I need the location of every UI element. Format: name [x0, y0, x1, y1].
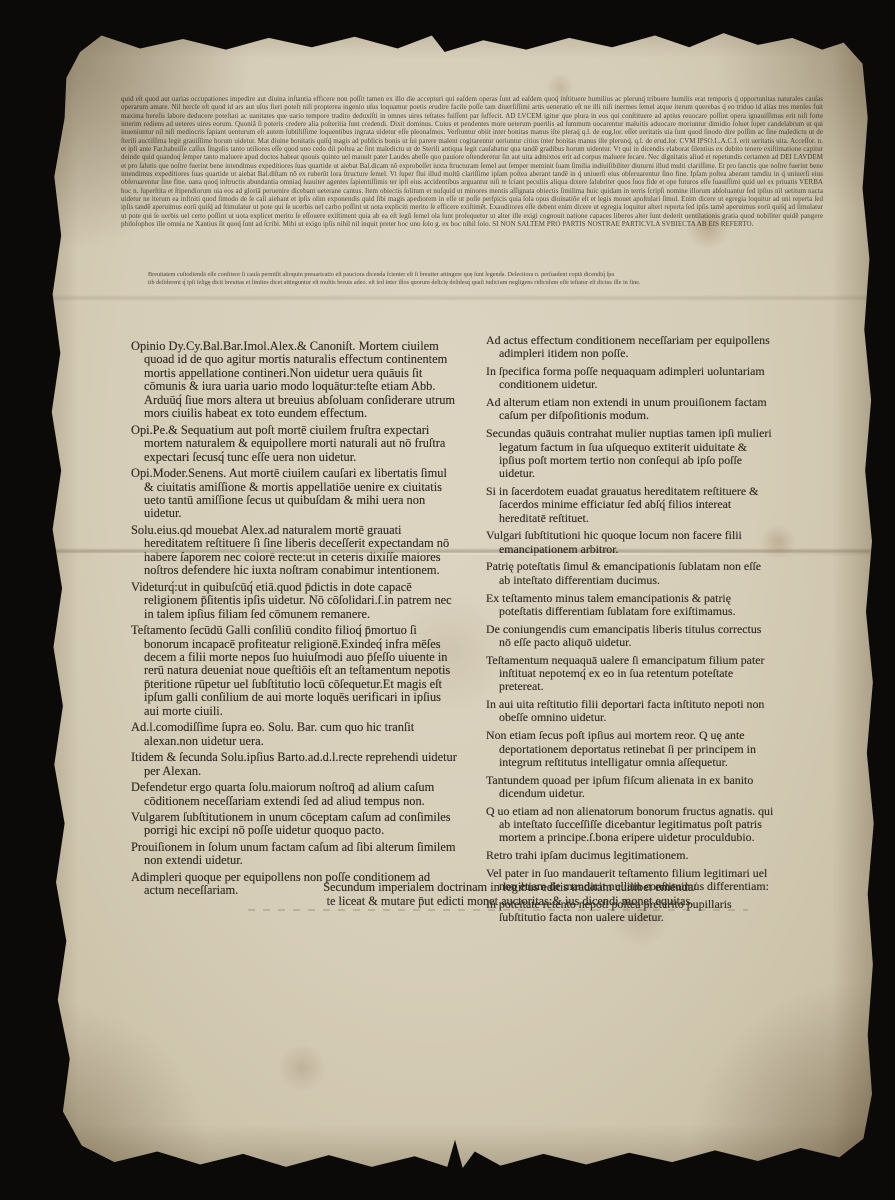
photo-background: quid eſt quod aut uarias occupationes im…	[0, 0, 895, 1200]
thesis-paragraph: Ex teſtamento minus talem emancipationis…	[486, 592, 775, 619]
thesis-paragraph: Vulgarem ſubſtitutionem in unum cōceptam…	[131, 811, 458, 838]
thesis-paragraph: De coniungendis cum emancipatis liberis …	[486, 623, 775, 650]
thesis-paragraph: Patrię poteſtatis ſimul & emancipationis…	[486, 560, 775, 587]
thesis-paragraph: Ad.l.comodiſſime ſupra eo. Solu. Bar. cu…	[131, 721, 458, 748]
subnote-block: Breuitatem cuſtodiendā eſſe confiteor ſi…	[148, 271, 772, 287]
colophon: Secundum imperialem doctrinam in legibus…	[220, 880, 800, 908]
left-column: Opinio Dy.Cy.Bal.Bar.Imol.Alex.& Canoniſ…	[131, 340, 458, 901]
thesis-paragraph: Prouiſionem in ſolum unum factam caſum a…	[131, 841, 458, 868]
subnote-line-1: Breuitatem cuſtodiendā eſſe confiteor ſi…	[148, 271, 772, 279]
colophon-line-1: Secundum imperialem doctrinam in legibus…	[220, 880, 800, 894]
thesis-paragraph: Teſtamento ſecūdū Galli conſiliū condito…	[131, 624, 458, 718]
colophon-line-2: te liceat & mutare p̄ut edicti monet auc…	[220, 894, 800, 908]
thesis-paragraph: In ſpecifica forma poſſe nequaquam adimp…	[486, 365, 775, 392]
thesis-paragraph: Si in ſacerdotem euadat grauatus heredit…	[486, 485, 775, 525]
thesis-paragraph: Q uo etiam ad non alienatorum bonorum fr…	[486, 805, 775, 845]
thesis-paragraph: Tantundem quoad per ipſum fiſcum alienat…	[486, 774, 775, 801]
right-column: Ad actus effectum conditionem neceſſaria…	[486, 334, 775, 929]
thesis-paragraph: Solu.eius.qd mouebat Alex.ad naturalem m…	[131, 524, 458, 578]
thesis-paragraph: Opinio Dy.Cy.Bal.Bar.Imol.Alex.& Canoniſ…	[131, 340, 458, 421]
thesis-paragraph: Defendetur ergo quarta ſolu.maiorum noſt…	[131, 781, 458, 808]
thesis-paragraph: In aui uita reſtitutio filii deportari f…	[486, 698, 775, 725]
thesis-paragraph: Retro trahi ipſam ducimus legitimationem…	[486, 849, 775, 862]
thesis-paragraph: Itidem & ſecunda Solu.ipſius Barto.ad.d.…	[131, 751, 458, 778]
thesis-paragraph: Videturq́:ut in quibuſcūq́ etiā.quod p̄d…	[131, 581, 458, 621]
prologue-text-block: quid eſt quod aut uarias occupationes im…	[121, 95, 823, 229]
thesis-paragraph: Ad alterum etiam non extendi in unum pro…	[486, 396, 775, 423]
thesis-paragraph: Secundas quāuis contrahat mulier nuptias…	[486, 427, 775, 480]
thesis-paragraph: Vulgari ſubſtitutioni hic quoque locum n…	[486, 529, 775, 556]
thesis-paragraph: Opi.Pe.& Sequatium aut poſt mortē ciuile…	[131, 424, 458, 464]
thesis-paragraph: Non etiam ſecus poſt ipſius aui mortem r…	[486, 729, 775, 769]
subnote-line-2: tib deſiderent q́ ipſi ſeligę dicit breu…	[148, 279, 772, 287]
document-paper: quid eſt quod aut uarias occupationes im…	[20, 12, 878, 1188]
thesis-paragraph: Ad actus effectum conditionem neceſſaria…	[486, 334, 775, 361]
thesis-paragraph: Opi.Moder.Senens. Aut mortē ciuilem cauſ…	[131, 467, 458, 521]
bleed-through-dash-marks	[248, 909, 748, 911]
thesis-paragraph: Teſtamentum nequaquā ualere ſi emancipat…	[486, 654, 775, 694]
